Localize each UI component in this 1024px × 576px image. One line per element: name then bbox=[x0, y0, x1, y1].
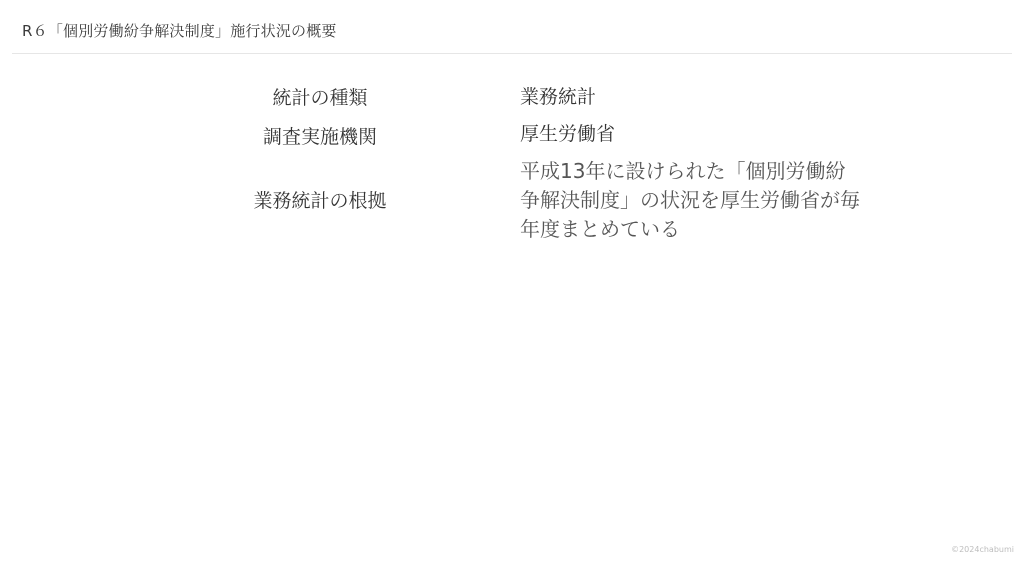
row-value-survey-agency: 厚生労働省 bbox=[520, 121, 615, 147]
row-value-statistics-type: 業務統計 bbox=[520, 84, 596, 110]
basis-line-1: 平成13年に設けられた「個別労働紛 bbox=[520, 157, 900, 186]
copyright-notice: ©2024chabumi bbox=[951, 545, 1014, 555]
basis-line-2: 争解決制度」の状況を厚生労働省が毎 bbox=[520, 186, 900, 215]
row-value-statistics-basis: 平成13年に設けられた「個別労働紛 争解決制度」の状況を厚生労働省が毎 年度まと… bbox=[520, 157, 900, 244]
row-label-survey-agency: 調査実施機関 bbox=[170, 124, 470, 150]
row-label-statistics-type: 統計の種類 bbox=[170, 85, 470, 111]
row-label-statistics-basis: 業務統計の根拠 bbox=[170, 188, 470, 214]
info-table: 統計の種類 業務統計 調査実施機関 厚生労働省 業務統計の根拠 平成13年に設け… bbox=[0, 0, 1024, 576]
basis-line-3: 年度まとめている bbox=[520, 215, 900, 244]
